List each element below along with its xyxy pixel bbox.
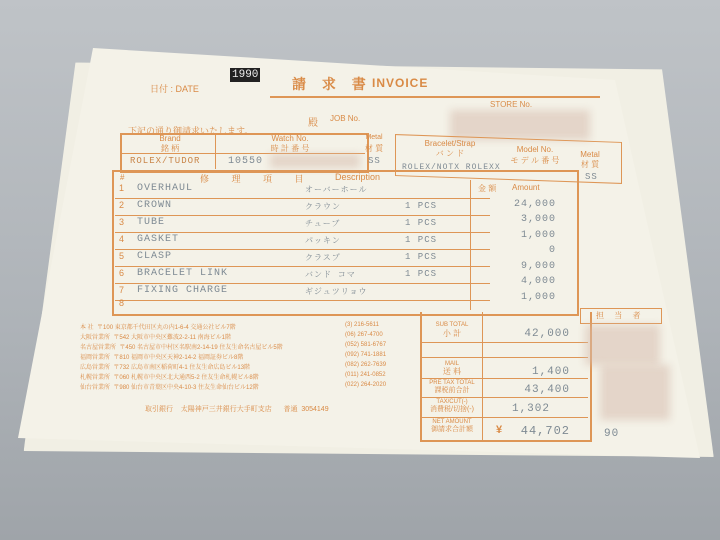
office-tel: (022) 264-2020 [345, 382, 386, 388]
office-address-text: 〒100 東京都千代田区丸の内1-6-4 交通公社ビル7階 [97, 325, 236, 331]
office-name: 本 社 [80, 325, 94, 331]
watch-no-label-jp: 時 計 番 号 [250, 143, 330, 154]
office-name: 名古屋営業所 [80, 345, 116, 351]
mail-label-jp: 送 料 [423, 368, 481, 376]
row-kana: バンド コマ [305, 269, 356, 280]
row-amount: 9,000 [478, 261, 556, 272]
office-name: 広島営業所 [80, 365, 110, 371]
row-number: 7 [119, 285, 124, 295]
office-tel: (052) 581-6767 [345, 342, 386, 348]
table-row: 8 [115, 296, 490, 313]
row-description: FIXING CHARGE [137, 285, 228, 296]
divider [215, 133, 216, 169]
row-amount: 1,000 [478, 292, 556, 303]
pretax-label-jp: 課税前合計 [423, 387, 481, 395]
title-en: INVOICE [372, 76, 428, 90]
subtotal-value: 42,000 [490, 328, 570, 340]
row-number: 1 [119, 183, 124, 193]
row-number: 8 [119, 298, 124, 308]
model-label-en: Model No. [500, 145, 570, 154]
table-row: 3 TUBE チューブ 1 PCS [115, 215, 490, 233]
bank-label: 取引銀行 [145, 406, 173, 413]
side-note: 90 [604, 428, 619, 440]
watch-no-value: 10550 [228, 156, 263, 167]
office-address-text: 〒542 大阪市中央区難波2-2-11 南海ビル1階 [113, 335, 231, 341]
metal2-label-jp: 材 質 [570, 159, 610, 170]
metal-value: SS [368, 156, 381, 166]
redacted-stamp [585, 325, 660, 365]
row-amount: 4,000 [478, 276, 556, 287]
row-amount: 1,000 [478, 230, 556, 241]
office-name: 大阪営業所 [80, 335, 110, 341]
job-no-label: JOB No. [330, 114, 360, 123]
redacted-stamp [600, 365, 670, 420]
pretax-label-en: PRE TAX TOTAL [423, 379, 481, 387]
office-address: 広島営業所 〒732 広島市南区稲荷町4-1 住友生命広島ビル13階 [80, 362, 250, 371]
office-address-text: 〒732 広島市南区稲荷町4-1 住友生命広島ビル13階 [113, 365, 250, 371]
office-address: 名古屋営業所 〒450 名古屋市中村区名駅南2-14-19 住友生命名古屋ビル5… [80, 342, 283, 351]
office-name: 札幌営業所 [80, 375, 110, 381]
net-label-en: NET AMOUNT [423, 418, 481, 426]
honorific: 殿 [308, 114, 318, 129]
table-row: 4 GASKET パッキン 1 PCS [115, 232, 490, 250]
office-address-text: 〒450 名古屋市中村区名駅南2-14-19 住友生命名古屋ビル5階 [119, 345, 282, 351]
office-address-text: 〒980 仙台市青葉区中央4-10-3 住友生命仙台ビル12階 [113, 385, 258, 391]
row-kana: チューブ [305, 218, 340, 229]
metal-label-jp: 材 質 [360, 143, 388, 154]
invoice-sheet: 日付 : DATE 1990 請 求 書 INVOICE STORE No. 殿… [0, 0, 720, 540]
table-row: 6 BRACELET LINK バンド コマ 1 PCS [115, 266, 490, 284]
row-kana: クラウン [305, 201, 341, 212]
year-value: 1990 [230, 68, 260, 82]
brand-label-jp: 銘 柄 [140, 143, 200, 154]
divider [420, 357, 588, 358]
brand-value: ROLEX/TUDOR [130, 156, 200, 166]
bracelet-label-jp: バ ン ド [410, 148, 490, 159]
row-description: OVERHAUL [137, 183, 193, 194]
subtotal-label-en: SUB TOTAL [423, 321, 481, 329]
mail-value: 1,400 [490, 366, 570, 378]
row-description: BRACELET LINK [137, 268, 228, 279]
office-tel: (3) 216-5611 [345, 322, 379, 328]
bank-line: 取引銀行 太陽神戸三井銀行大手町支店 普通 3054149 [145, 404, 329, 414]
row-kana: パッキン [305, 235, 341, 246]
office-address: 仙台営業所 〒980 仙台市青葉区中央4-10-3 住友生命仙台ビル12階 [80, 382, 259, 391]
col-amount-header-en: Amount [512, 183, 540, 192]
row-description: CLASP [137, 251, 172, 262]
row-number: 3 [119, 217, 124, 227]
net-label-jp: 御請求合計額 [423, 426, 481, 434]
store-no-label: STORE No. [490, 100, 532, 109]
row-description: TUBE [137, 217, 165, 228]
office-tel: (06) 267-4700 [345, 332, 383, 338]
title-jp: 請 求 書 [292, 74, 372, 94]
table-row: 2 CROWN クラウン 1 PCS [115, 198, 490, 216]
metal-label-en: Metal [360, 134, 388, 141]
row-number: 2 [119, 200, 124, 210]
row-description: GASKET [137, 234, 179, 245]
model-label-jp: モ デ ル 番 号 [500, 155, 570, 166]
office-address: 大阪営業所 〒542 大阪市中央区難波2-2-11 南海ビル1階 [80, 332, 231, 341]
tax-value: 1,302 [470, 403, 550, 415]
office-address-text: 〒060 札幌市中央区北大通西5-2 住友生命札幌ビル8階 [113, 375, 258, 381]
office-name: 福岡営業所 [80, 355, 110, 361]
brand-label-en: Brand [140, 134, 200, 143]
net-value: 44,702 [490, 424, 570, 438]
office-tel: (082) 262-7639 [345, 362, 386, 368]
redacted-store-info [450, 110, 590, 140]
bank-name: 太陽神戸三井銀行大手町支店 [181, 406, 272, 413]
row-qty: 1 PCS [405, 235, 437, 245]
divider [420, 342, 588, 343]
table-row: 1 OVERHAUL オーバーホール [115, 181, 490, 199]
office-address: 福岡営業所 〒810 福岡市中央区天神2-14-2 福岡証券ビル8階 [80, 352, 243, 361]
office-name: 仙台営業所 [80, 385, 110, 391]
row-number: 5 [119, 251, 124, 261]
office-address: 札幌営業所 〒060 札幌市中央区北大通西5-2 住友生命札幌ビル8階 [80, 372, 259, 381]
redacted-serial [270, 154, 360, 168]
row-qty: 1 PCS [405, 218, 437, 228]
metal2-value: SS [585, 172, 598, 182]
office-address: 本 社 〒100 東京都千代田区丸の内1-6-4 交通公社ビル7階 [80, 322, 236, 331]
row-qty: 1 PCS [405, 201, 437, 211]
row-amount: 0 [478, 245, 556, 256]
pretax-value: 43,400 [490, 384, 570, 396]
row-kana: クラスプ [305, 252, 341, 263]
row-number: 4 [119, 234, 124, 244]
totals-divider [482, 312, 483, 440]
row-amount: 3,000 [478, 214, 556, 225]
account-type: 普通 [283, 406, 297, 413]
row-amount: 24,000 [478, 199, 556, 210]
subtotal-label-jp: 小 計 [423, 330, 481, 338]
metal2-label-en: Metal [570, 150, 610, 159]
watch-no-label-en: Watch No. [250, 134, 330, 143]
row-kana: オーバーホール [305, 184, 367, 195]
date-label: 日付 : DATE [150, 82, 199, 95]
table-row: 5 CLASP クラスプ 1 PCS [115, 249, 490, 267]
account-number: 3054149 [301, 406, 328, 413]
title-underline [270, 96, 600, 98]
row-number: 6 [119, 268, 124, 278]
office-tel: (092) 741-1881 [345, 352, 386, 358]
row-qty: 1 PCS [405, 252, 437, 262]
row-qty: 1 PCS [405, 269, 437, 279]
person-in-charge-label: 担 当 者 [596, 310, 644, 321]
office-tel: (011) 241-0852 [345, 372, 386, 378]
office-address-text: 〒810 福岡市中央区天神2-14-2 福岡証券ビル8階 [113, 355, 243, 361]
bracelet-label-en: Bracelet/Strap [410, 139, 490, 148]
row-description: CROWN [137, 200, 172, 211]
